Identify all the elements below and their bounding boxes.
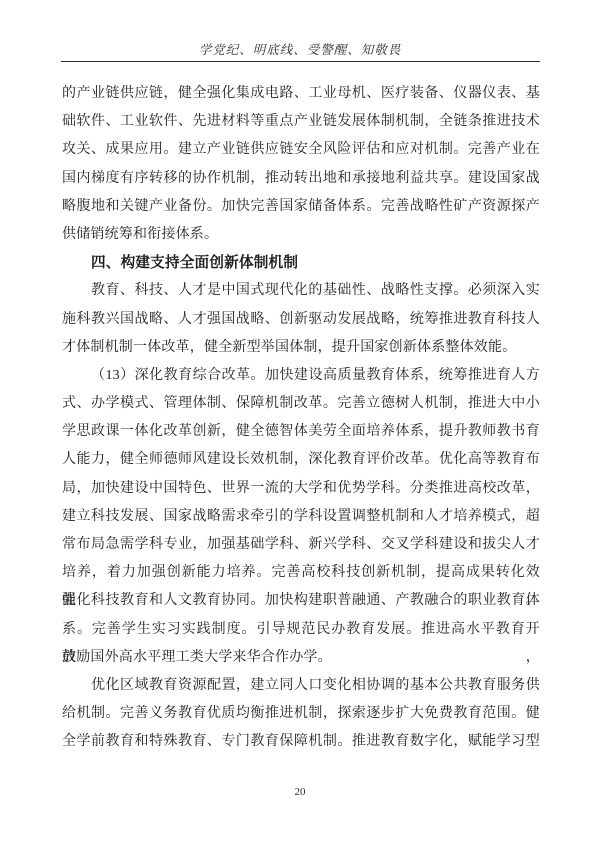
text-line: 础软件、工业软件、先进材料等重点产业链发展体制机制，全链条推进技术 <box>62 108 540 136</box>
text-line: 强化科技教育和人文教育协同。加快构建职普融通、产教融合的职业教育体 <box>62 587 540 615</box>
text-line: 式、办学模式、管理体制、保障机制改革。完善立德树人机制，推进大中小 <box>62 390 540 418</box>
page-number: 20 <box>0 786 600 798</box>
text-line: 施科教兴国战略、人才强国战略、创新驱动发展战略，统筹推进教育科技人 <box>62 306 540 334</box>
text-line: 的产业链供应链，健全强化集成电路、工业母机、医疗装备、仪器仪表、基 <box>62 80 540 108</box>
text-line: 学思政课一体化改革创新，健全德智体美劳全面培养体系，提升教师教书育 <box>62 418 540 446</box>
text-line: 局，加快建设中国特色、世界一流的大学和优势学科。分类推进高校改革， <box>62 475 540 503</box>
section-heading: 四、构建支持全面创新体制机制 <box>62 249 540 277</box>
text-line: （13）深化教育综合改革。加快建设高质量教育体系，统筹推进育人方 <box>62 362 540 390</box>
text-line: 给机制。完善义务教育优质均衡推进机制，探索逐步扩大免费教育范围。健 <box>62 700 540 728</box>
text-line: 略腹地和关键产业备份。加快完善国家储备体系。完善战略性矿产资源探产 <box>62 193 540 221</box>
text-line: 常布局急需学科专业，加强基础学科、新兴学科、交叉学科建设和拔尖人才 <box>62 531 540 559</box>
text-line: 优化区域教育资源配置，建立同人口变化相协调的基本公共教育服务供 <box>62 672 540 700</box>
header-rule <box>61 61 540 62</box>
text-line: 才体制机制一体改革，健全新型举国体制，提升国家创新体系整体效能。 <box>62 334 540 362</box>
header-motto: 学党纪、明底线、受警醒、知敬畏 <box>0 40 600 58</box>
text-line: 供储销统筹和衔接体系。 <box>62 221 540 249</box>
text-line: 建立科技发展、国家战略需求牵引的学科设置调整机制和人才培养模式，超 <box>62 503 540 531</box>
text-line: 攻关、成果应用。建立产业链供应链安全风险评估和应对机制。完善产业在 <box>62 136 540 164</box>
text-line: 国内梯度有序转移的协作机制，推动转出地和承接地利益共享。建设国家战 <box>62 165 540 193</box>
document-page: 学党纪、明底线、受警醒、知敬畏 的产业链供应链，健全强化集成电路、工业母机、医疗… <box>0 0 600 848</box>
text-line: 培养，着力加强创新能力培养。完善高校科技创新机制，提高成果转化效能。 <box>62 559 540 587</box>
text-line: 人能力，健全师德师风建设长效机制，深化教育评价改革。优化高等教育布 <box>62 446 540 474</box>
text-line: 全学前教育和特殊教育、专门教育保障机制。推进教育数字化，赋能学习型 <box>62 728 540 756</box>
text-line: 教育、科技、人才是中国式现代化的基础性、战略性支撑。必须深入实 <box>62 277 540 305</box>
text-line: 系。完善学生实习实践制度。引导规范民办教育发展。推进高水平教育开放， <box>62 616 540 644</box>
document-body: 的产业链供应链，健全强化集成电路、工业母机、医疗装备、仪器仪表、基础软件、工业软… <box>62 80 540 757</box>
